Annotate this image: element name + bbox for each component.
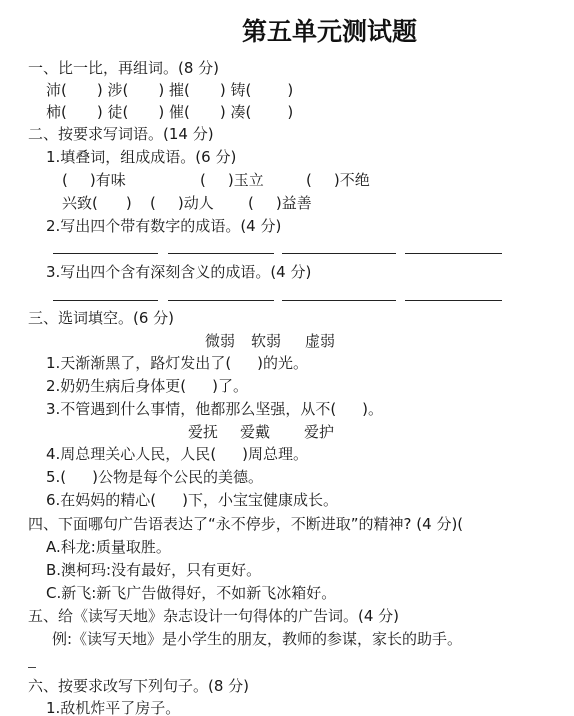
fill-item-6: 6.在妈妈的精心()下，小宝宝健康成长。	[46, 490, 338, 510]
answer-line[interactable]	[405, 253, 502, 254]
word-options-2: 爱抚爱戴爱护	[188, 422, 334, 442]
section-2-q3-label: 3.写出四个含有深刻含义的成语。(4 分)	[46, 262, 311, 282]
fill-item-3: 3.不管遇到什么事情，他都那么坚强，从不()。	[46, 399, 383, 419]
choice-option-c[interactable]: C.新飞:新飞广告做得好，不如新飞冰箱好。	[46, 583, 336, 603]
char-prompt: 涉(	[108, 81, 129, 99]
idiom-fill-3: ()不绝	[306, 170, 370, 190]
char-prompt: 徒(	[108, 103, 129, 121]
idiom-fill-4: 兴致()	[62, 193, 132, 213]
item-text: )周总理。	[242, 445, 308, 463]
word-option: 爱抚	[188, 423, 218, 441]
item-text: 2.奶奶生病后身体更(	[46, 377, 186, 395]
idiom-text: 兴致(	[62, 194, 98, 212]
paren-close: )	[158, 103, 164, 121]
item-text: )。	[362, 400, 383, 418]
paren-open: (	[200, 171, 206, 189]
item-text: 3.不管遇到什么事情，他都那么坚强，从不(	[46, 400, 336, 418]
paren-close: )	[220, 103, 226, 121]
paren-open: (	[150, 194, 156, 212]
choice-option-b[interactable]: B.澳柯玛:没有最好，只有更好。	[46, 560, 261, 580]
paren-close: )	[97, 103, 103, 121]
choice-option-a[interactable]: A.科龙:质量取胜。	[46, 537, 171, 557]
answer-line[interactable]	[405, 300, 502, 301]
answer-line[interactable]	[282, 253, 396, 254]
section-2-q2-label: 2.写出四个带有数字的成语。(4 分)	[46, 216, 281, 236]
fill-item-4: 4.周总理关心人民，人民()周总理。	[46, 444, 308, 464]
page-title: 第五单元测试题	[242, 17, 417, 47]
section-6-heading: 六、按要求改写下列句子。(8 分)	[28, 676, 249, 696]
word-options-1: 微弱软弱虚弱	[205, 331, 335, 351]
fill-item-2: 2.奶奶生病后身体更()了。	[46, 376, 248, 396]
word-option: 虚弱	[305, 332, 335, 350]
char-prompt: 柿(	[46, 103, 67, 121]
answer-line[interactable]	[168, 253, 274, 254]
word-option: 软弱	[251, 332, 281, 350]
item-text: )了。	[212, 377, 248, 395]
paren-open: (	[306, 171, 312, 189]
paren-open: (	[62, 171, 68, 189]
section-2-q1-label: 1.填叠词，组成成语。(6 分)	[46, 147, 236, 167]
idiom-fill-1: ()有味	[62, 170, 126, 190]
item-text: )公物是每个公民的美德。	[92, 468, 263, 486]
word-option: 爱护	[304, 423, 334, 441]
paren-close: )	[220, 81, 226, 99]
idiom-text: )益善	[276, 194, 312, 212]
idiom-fill-6: ()益善	[248, 193, 312, 213]
section-5-heading: 五、给《读写天地》杂志设计一句得体的广告词。(4 分)	[28, 606, 399, 626]
char-prompt: 摧(	[169, 81, 190, 99]
section-3-heading: 三、选词填空。(6 分)	[28, 308, 174, 328]
item-text: )的光。	[257, 354, 308, 372]
fill-item-5: 5.()公物是每个公民的美德。	[46, 467, 263, 487]
section-6-q1: 1.敌机炸平了房子。	[46, 698, 180, 716]
paren-close: )	[158, 81, 164, 99]
idiom-text: )有味	[90, 171, 126, 189]
char-prompt: 凑(	[231, 103, 252, 121]
answer-line[interactable]	[53, 253, 158, 254]
idiom-text: )动人	[178, 194, 214, 212]
char-prompt: 催(	[169, 103, 190, 121]
char-prompt: 铸(	[231, 81, 252, 99]
section-2-heading: 二、按要求写词语。(14 分)	[28, 124, 214, 144]
paren-close: )	[287, 103, 293, 121]
idiom-fill-5: ()动人	[150, 193, 214, 213]
answer-line[interactable]	[282, 300, 396, 301]
section-5-example: 例:《读写天地》是小学生的朋友，教师的参谋，家长的助手。	[52, 629, 462, 649]
fill-item-1: 1.天渐渐黑了，路灯发出了()的光。	[46, 353, 308, 373]
paren-close: )	[97, 81, 103, 99]
paren-close: )	[126, 194, 132, 212]
section-1-heading: 一、比一比，再组词。(8 分)	[28, 58, 219, 78]
idiom-text: )玉立	[228, 171, 264, 189]
word-option: 爱戴	[240, 423, 270, 441]
section-1-row-2: 柿() 徒() 催() 凑()	[46, 102, 293, 122]
idiom-fill-2: ()玉立	[200, 170, 264, 190]
char-prompt: 沛(	[46, 81, 67, 99]
answer-line[interactable]	[53, 300, 158, 301]
answer-line-stub[interactable]	[28, 667, 36, 668]
item-text: 6.在妈妈的精心(	[46, 491, 156, 509]
section-4-heading: 四、下面哪句广告语表达了“永不停步，不断进取”的精神? (4 分)(	[28, 514, 463, 534]
idiom-text: )不绝	[334, 171, 370, 189]
item-text: 1.天渐渐黑了，路灯发出了(	[46, 354, 231, 372]
item-text: 5.(	[46, 468, 66, 486]
paren-open: (	[248, 194, 254, 212]
section-1-row-1: 沛() 涉() 摧() 铸()	[46, 80, 293, 100]
item-text: 4.周总理关心人民，人民(	[46, 445, 216, 463]
item-text: )下，小宝宝健康成长。	[182, 491, 338, 509]
paren-close: )	[287, 81, 293, 99]
word-option: 微弱	[205, 332, 235, 350]
answer-line[interactable]	[168, 300, 274, 301]
